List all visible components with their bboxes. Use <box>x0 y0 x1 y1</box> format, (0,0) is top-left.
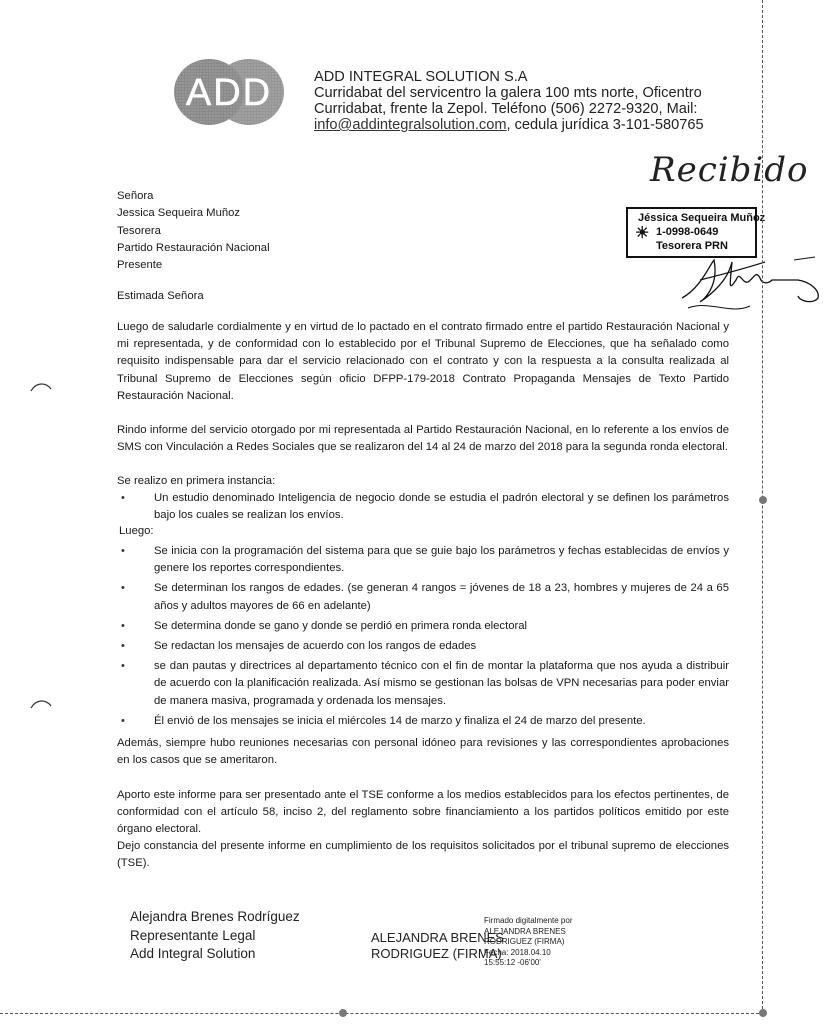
recipient-block: Señora Jessica Sequeira Muñoz Tesorera P… <box>117 188 270 274</box>
paragraph-submission: Aporto este informe para ser presentado … <box>117 787 729 839</box>
paragraph-record: Dejo constancia del presente informe en … <box>117 838 729 872</box>
logo-text: ADD <box>186 72 272 114</box>
signatory-block: Alejandra Brenes Rodríguez Representante… <box>130 908 300 964</box>
signatory-company: Add Integral Solution <box>130 945 300 964</box>
company-email-link[interactable]: info@addintegralsolution.com <box>314 117 506 133</box>
list-item: Él envió de los mensajes se inicia el mi… <box>117 713 729 730</box>
crop-guide-vertical <box>762 0 763 1014</box>
digital-signature-details: Firmado digitalmente por ALEJANDRA BRENE… <box>484 916 572 969</box>
company-logo: ADD <box>173 58 285 126</box>
punch-hole-mark <box>30 698 52 710</box>
paragraph-meetings: Además, siempre hubo reuniones necesaria… <box>117 735 729 769</box>
punch-hole-mark <box>30 381 52 393</box>
company-header: ADD INTEGRAL SOLUTION S.A Curridabat del… <box>314 69 704 133</box>
signatory-title: Representante Legal <box>130 927 300 946</box>
list-item: Se determina donde se gano y donde se pe… <box>117 618 729 635</box>
company-address-1: Curridabat del servicentro la galera 100… <box>314 85 704 101</box>
company-address-2: Curridabat, frente la Zepol. Teléfono (5… <box>314 101 704 117</box>
list-item: Se redactan los mensajes de acuerdo con … <box>117 638 729 655</box>
recipient-role: Tesorera <box>117 223 270 240</box>
stamp-name: Jéssica Sequeira Muñoz <box>638 212 765 224</box>
greeting: Estimada Señora <box>117 290 204 302</box>
recipient-organization: Partido Restauración Nacional <box>117 240 270 257</box>
sun-icon: ☀ <box>635 226 649 242</box>
recipient-name: Jessica Sequeira Muñoz <box>117 205 270 222</box>
stamp-id: 1-0998-0649 <box>656 226 718 238</box>
list-item: Se inicia con la programación del sistem… <box>117 543 729 577</box>
received-handwriting: Recibido <box>650 150 809 190</box>
company-name: ADD INTEGRAL SOLUTION S.A <box>314 69 704 85</box>
next-steps-list: Se inicia con la programación del sistem… <box>117 543 729 733</box>
list-item: Un estudio denominado Inteligencia de ne… <box>117 490 729 524</box>
list-item: Se determinan los rangos de edades. (se … <box>117 580 729 614</box>
list-item: se dan pautas y directrices al departame… <box>117 658 729 710</box>
then-label: Luego: <box>119 525 154 537</box>
guide-handle[interactable] <box>759 496 767 504</box>
guide-handle[interactable] <box>759 1009 767 1017</box>
recipient-closing: Presente <box>117 257 270 274</box>
crop-guide-horizontal <box>0 1013 764 1014</box>
company-legal-id: , cedula jurídica 3-101-580765 <box>506 117 703 133</box>
handwritten-signature <box>670 240 830 320</box>
paragraph-intro: Luego de saludarle cordialmente y en vir… <box>117 319 729 405</box>
recipient-salutation: Señora <box>117 188 270 205</box>
signatory-name: Alejandra Brenes Rodríguez <box>130 908 300 927</box>
guide-handle[interactable] <box>339 1009 347 1017</box>
paragraph-report: Rindo informe del servicio otorgado por … <box>117 422 729 456</box>
first-steps-list: Un estudio denominado Inteligencia de ne… <box>117 490 729 527</box>
paragraph-first-instance: Se realizo en primera instancia: <box>117 473 729 490</box>
